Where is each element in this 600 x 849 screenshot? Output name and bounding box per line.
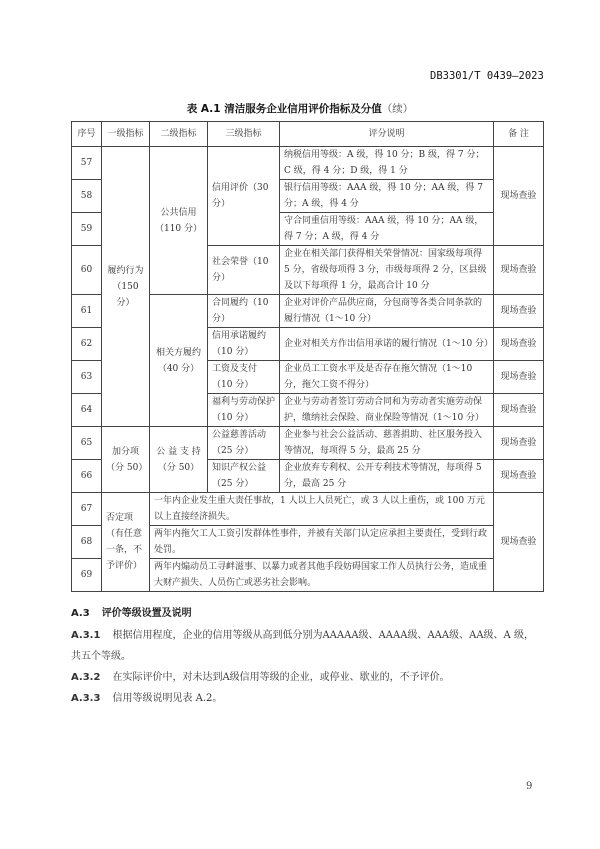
level2-related-party: 相关方履约 （40 分） — [150, 295, 208, 427]
row-scoring: 两年内煽动员工寻衅滋事、以暴力或者其他手段妨碍国家工作人员执行公务，造成重大财产… — [150, 559, 494, 592]
level2-public-credit: 公共信用 （110 分） — [150, 147, 208, 295]
table-row: 67 否定项 （有任意一条，不予评价） 一年内企业发生重大责任事故，1 人以上人… — [72, 493, 544, 526]
row-remark: 现场查验 — [494, 295, 544, 328]
row-scoring: 企业对评价产品供应商，分包商等各类合同条款的履行情况（1～10 分） — [280, 295, 494, 328]
level3-social-honor: 社会荣誉（10 分） — [208, 246, 280, 295]
clause-a33: A.3.3信用等级说明见表 A.2。 — [71, 688, 541, 709]
row-scoring: 企业在相关部门获得相关荣誉情况：国家级每项得 5 分，省级每项得 3 分，市级每… — [280, 246, 494, 295]
row-scoring: 纳税信用等级：A 级，得 10 分；B 级，得 7 分；C 级，得 4 分；D … — [280, 147, 494, 180]
col-header-no: 序号 — [72, 122, 102, 147]
table-row: 65 加分项 （分 50） 公 益 支 持 （分 50） 公益慈善活动（25 分… — [72, 427, 544, 460]
row-no: 60 — [72, 246, 102, 295]
clause-text: 在实际评价中，对未达到A级信用等级的企业，或停业、歇业的，不予评价。 — [112, 672, 449, 683]
col-header-scoring: 评分说明 — [280, 122, 494, 147]
row-no: 62 — [72, 328, 102, 361]
row-level3: 信用承诺履约（10 分） — [208, 328, 280, 361]
clause-a31: A.3.1根据信用程度，企业的信用等级从高到低分别为AAAAA级、AAAA级、A… — [71, 625, 541, 667]
clause-number: A.3.2 — [71, 672, 100, 683]
row-no: 64 — [72, 394, 102, 427]
page-number: 9 — [526, 781, 532, 792]
col-header-remark: 备 注 — [494, 122, 544, 147]
clause-number: A.3.1 — [71, 630, 100, 641]
credit-evaluation-table: 序号 一级指标 二级指标 三级指标 评分说明 备 注 57 履约行为 （150 … — [71, 121, 544, 592]
row-remark: 现场查验 — [494, 394, 544, 427]
row-scoring: 企业员工工资水平及是否存在拖欠情况（1～10 分，拖欠工资不得分） — [280, 361, 494, 394]
row-remark: 现场查验 — [494, 460, 544, 493]
col-header-level2: 二级指标 — [150, 122, 208, 147]
row-scoring: 企业对相关方作出信用承诺的履行情况（1～10 分） — [280, 328, 494, 361]
row-scoring: 企业与劳动者签订劳动合同和为劳动者实施劳动保护，缴纳社会保险、商业保险等情况（1… — [280, 394, 494, 427]
section-heading: A.3评价等级设置及说明 — [71, 604, 192, 619]
row-no: 65 — [72, 427, 102, 460]
row-scoring: 一年内企业发生重大责任事故，1 人以上人员死亡，或 3 人以上重伤，或 100 … — [150, 493, 494, 526]
remark-onsite-check: 现场查验 — [494, 493, 544, 592]
row-no: 69 — [72, 559, 102, 592]
row-scoring: 两年内拖欠工人工资引发群体性事件，并被有关部门认定应承担主要责任，受到行政处罚。 — [150, 526, 494, 559]
row-scoring: 守合同重信用等级：AAA 级，得 10 分；AA 级，得 7 分；A 级，得 4… — [280, 213, 494, 246]
clause-text: 根据信用程度，企业的信用等级从高到低分别为AAAAA级、AAAA级、AAA级、A… — [71, 630, 534, 662]
row-no: 66 — [72, 460, 102, 493]
row-no: 57 — [72, 147, 102, 180]
row-scoring: 企业参与社会公益活动、慈善捐助、社区服务投入等情况，每项得 5 分，最高 25 … — [280, 427, 494, 460]
row-no: 67 — [72, 493, 102, 526]
level3-credit-evaluation: 信用评价（30 分） — [208, 147, 280, 246]
clause-number: A.3.3 — [71, 693, 100, 704]
row-remark: 现场查验 — [494, 328, 544, 361]
level1-veto: 否定项 （有任意一条，不予评价） — [102, 493, 150, 592]
remark-onsite-check: 现场查验 — [494, 147, 544, 246]
row-remark: 现场查验 — [494, 246, 544, 295]
row-scoring: 银行信用等级：AAA 级，得 10 分；AA 级，得 7 分；A 级，得 4 分 — [280, 180, 494, 213]
document-standard-id: DB3301/T 0439—2023 — [430, 70, 544, 82]
table-title-continued: （续） — [382, 103, 414, 115]
row-level3: 公益慈善活动（25 分） — [208, 427, 280, 460]
level1-performance: 履约行为 （150 分） — [102, 147, 150, 427]
row-scoring: 企业放弃专利权、公开专利技术等情况，每项得 5 分，最高 25 分 — [280, 460, 494, 493]
row-no: 63 — [72, 361, 102, 394]
clause-text: 信用等级说明见表 A.2。 — [112, 693, 222, 704]
row-no: 68 — [72, 526, 102, 559]
section-number: A.3 — [71, 608, 90, 619]
level2-public-welfare: 公 益 支 持 （分 50） — [150, 427, 208, 493]
col-header-level3: 三级指标 — [208, 122, 280, 147]
level1-bonus: 加分项 （分 50） — [102, 427, 150, 493]
col-header-level1: 一级指标 — [102, 122, 150, 147]
table-row: 57 履约行为 （150 分） 公共信用 （110 分） 信用评价（30 分） … — [72, 147, 544, 180]
table-title-text: 表 A.1 清洁服务企业信用评价指标及分值 — [187, 103, 382, 115]
row-remark: 现场查验 — [494, 361, 544, 394]
row-level3: 工资及支付（10 分） — [208, 361, 280, 394]
row-no: 58 — [72, 180, 102, 213]
clause-a32: A.3.2在实际评价中，对未达到A级信用等级的企业，或停业、歇业的，不予评价。 — [71, 667, 541, 688]
table-title: 表 A.1 清洁服务企业信用评价指标及分值（续） — [0, 101, 600, 116]
row-level3: 知识产权公益（25 分） — [208, 460, 280, 493]
section-title: 评价等级设置及说明 — [102, 608, 192, 619]
row-remark: 现场查验 — [494, 427, 544, 460]
row-no: 59 — [72, 213, 102, 246]
row-level3: 福利与劳动保护（10 分） — [208, 394, 280, 427]
row-level3: 合同履约（10 分） — [208, 295, 280, 328]
row-no: 61 — [72, 295, 102, 328]
table-header-row: 序号 一级指标 二级指标 三级指标 评分说明 备 注 — [72, 122, 544, 147]
